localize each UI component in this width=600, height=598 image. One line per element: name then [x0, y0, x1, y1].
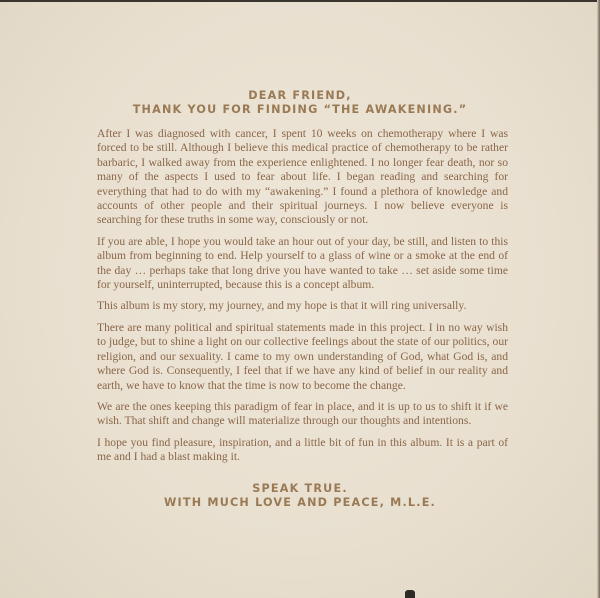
- paragraph: I hope you find pleasure, inspiration, a…: [97, 436, 508, 465]
- signoff-line-2: WITH MUCH LOVE AND PEACE, M.L.E.: [0, 496, 600, 510]
- signoff-line-1: SPEAK TRUE.: [0, 482, 600, 496]
- greeting-line-2: THANK YOU FOR FINDING “THE AWAKENING.”: [0, 103, 600, 117]
- paragraph: There are many political and spiritual s…: [97, 321, 508, 393]
- paragraph: This album is my story, my journey, and …: [97, 299, 508, 313]
- paragraph: We are the ones keeping this paradigm of…: [97, 400, 508, 429]
- letter-signoff: SPEAK TRUE. WITH MUCH LOVE AND PEACE, M.…: [0, 482, 600, 510]
- letter-greeting: DEAR FRIEND, THANK YOU FOR FINDING “THE …: [0, 89, 600, 117]
- liner-note-page: DEAR FRIEND, THANK YOU FOR FINDING “THE …: [0, 0, 600, 598]
- paragraph: If you are able, I hope you would take a…: [97, 235, 508, 293]
- greeting-line-1: DEAR FRIEND,: [0, 89, 600, 103]
- paragraph: After I was diagnosed with cancer, I spe…: [97, 127, 508, 228]
- scan-artifact: [405, 590, 415, 598]
- scan-top-edge: [0, 0, 600, 2]
- letter-body: After I was diagnosed with cancer, I spe…: [97, 127, 508, 472]
